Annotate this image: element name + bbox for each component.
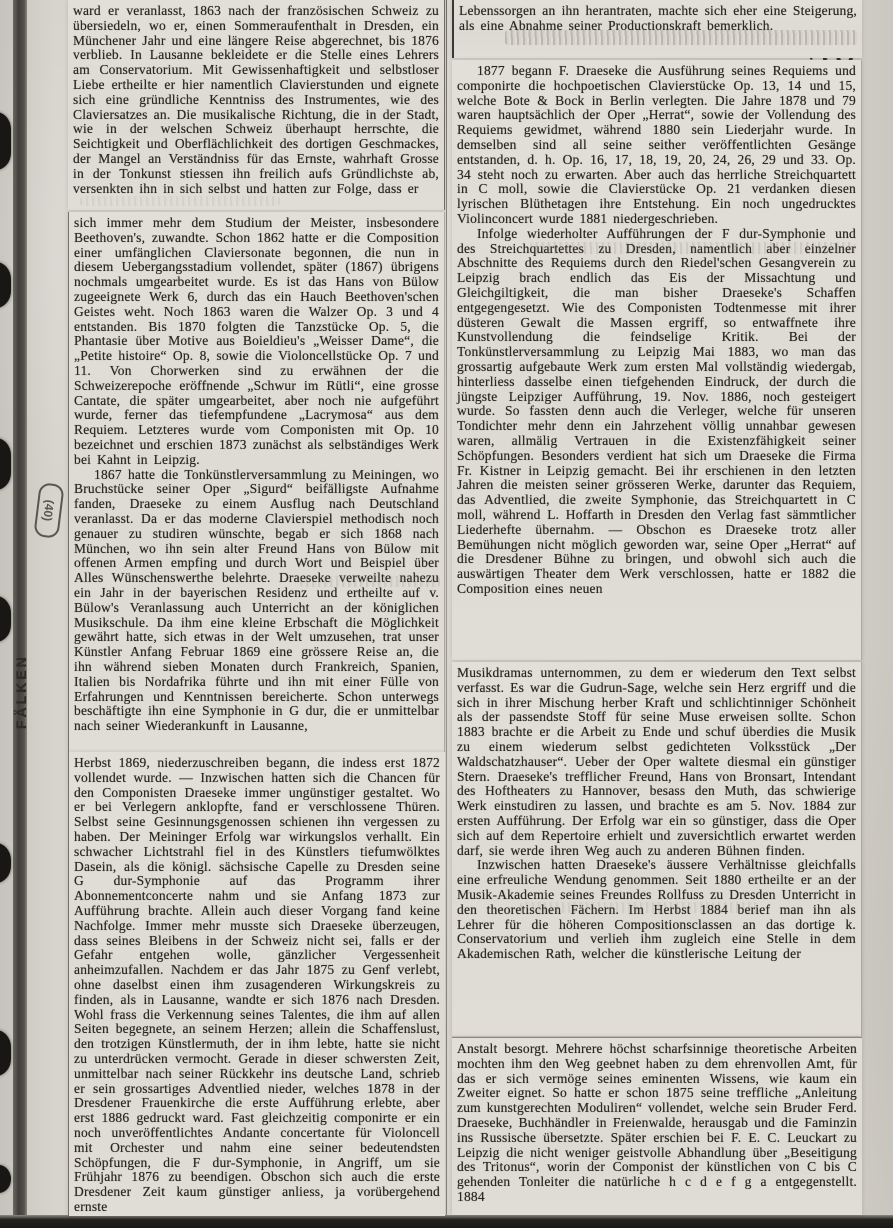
right-clipping-1: Lebenssorgen an ihn herantraten, machte … — [452, 0, 862, 58]
article-paragraph: Infolge wiederholter Aufführungen der F … — [457, 227, 856, 597]
punch-hole — [0, 596, 11, 642]
ink-smudge — [300, 576, 440, 587]
left-clipping-2: sich immer mehr dem Studium der Meister,… — [68, 212, 445, 752]
ink-smudge — [530, 242, 855, 254]
scan-bottom-edge — [0, 1215, 893, 1228]
article-paragraph: Herbst 1869, niederzuschreiben begann, d… — [74, 756, 440, 1215]
punch-hole — [0, 262, 11, 308]
left-clipping-1: ward er veranlasst, 1863 nach der franzö… — [68, 0, 445, 210]
punch-hole — [0, 1030, 11, 1076]
right-clipping-3: Musikdramas unternommen, zu dem er wiede… — [452, 662, 862, 1036]
ink-smudge — [80, 196, 280, 206]
punch-hole — [0, 438, 11, 490]
left-clipping-3: Herbst 1869, niederzuschreiben begann, d… — [68, 752, 445, 1216]
ink-smudge — [505, 30, 857, 45]
article-paragraph: sich immer mehr dem Studium der Meister,… — [74, 216, 439, 468]
punch-hole — [0, 1165, 11, 1193]
ink-smudge — [520, 902, 760, 913]
article-paragraph: 1867 hatte die Tonkünstlerversammlung zu… — [74, 468, 439, 734]
article-paragraph: Musikdramas unternommen, zu dem er wiede… — [457, 666, 856, 858]
right-clipping-2: 1877 begann F. Draeseke die Ausführung s… — [452, 60, 862, 660]
article-paragraph: ward er veranlasst, 1863 nach der franzö… — [73, 4, 439, 196]
column-divider-rule — [446, 0, 447, 1216]
falken-stamp: FÄLKEN — [13, 584, 29, 729]
punch-hole — [0, 112, 11, 170]
punch-hole — [0, 843, 11, 883]
right-clipping-4: Anstalt besorgt. Mehrere höchst scharfsi… — [452, 1037, 862, 1215]
scanned-journal-page: (40) FÄLKEN 5 28 ward er veranlasst, 186… — [0, 0, 893, 1228]
margin-stamp: (40) — [33, 482, 64, 539]
article-paragraph: Anstalt besorgt. Mehrere höchst scharfsi… — [457, 1042, 857, 1205]
article-paragraph: 1877 begann F. Draeseke die Ausführung s… — [457, 64, 856, 227]
